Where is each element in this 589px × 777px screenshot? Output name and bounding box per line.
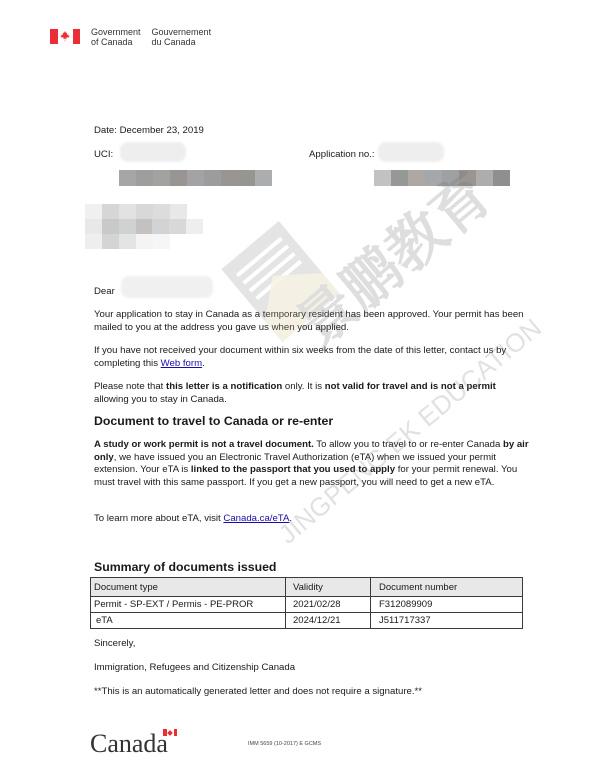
notification-paragraph: Please note that this letter is a notifi… [94,381,529,406]
web-form-paragraph: If you have not received your document w… [94,345,529,370]
uci-redaction [120,142,186,162]
uci-value-redacted [119,170,272,186]
auto-generated-note: **This is an automatically generated let… [94,685,422,698]
closing-signature: Immigration, Refugees and Citizenship Ca… [94,661,295,674]
summary-heading: Summary of documents issued [94,560,276,574]
approval-paragraph: Your application to stay in Canada as a … [94,309,529,334]
wordmark-flag-icon [163,729,177,736]
web-form-link[interactable]: Web form [161,358,202,369]
government-name-fr: Gouvernement du Canada [152,28,212,47]
salutation: Dear [94,285,115,298]
validity-cell: 2024/12/21 [286,613,371,629]
table-row: Permit - SP-EXT / Permis - PE-PROR 2021/… [91,597,523,613]
validity-cell: 2021/02/28 [286,597,371,613]
document-number-cell: F312089909 [371,597,523,613]
application-number-value-redacted [374,170,510,186]
column-header-document-number: Document number [371,578,523,597]
eta-info-paragraph: To learn more about eTA, visit Canada.ca… [94,513,529,526]
application-number-redaction [378,142,444,162]
document-number-cell: J511717337 [371,613,523,629]
travel-paragraph: A study or work permit is not a travel d… [94,439,529,489]
table-header-row: Document type Validity Document number [91,578,523,597]
table-row: eTA 2024/12/21 J511717337 [91,613,523,629]
canada-flag-icon [50,29,80,44]
closing-sincerely: Sincerely, [94,637,135,650]
travel-section-heading: Document to travel to Canada or re-enter [94,414,333,428]
canada-wordmark: Canada [90,729,168,759]
canada-eta-link[interactable]: Canada.ca/eTA [223,513,289,524]
application-number-label: Application no.: [309,148,375,161]
column-header-validity: Validity [286,578,371,597]
uci-label: UCI: [94,148,113,161]
document-type-cell: Permit - SP-EXT / Permis - PE-PROR [91,597,286,613]
letter-date: Date: December 23, 2019 [94,124,204,137]
document-type-cell: eTA [91,613,286,629]
column-header-document-type: Document type [91,578,286,597]
documents-table: Document type Validity Document number P… [90,577,523,629]
recipient-name-redaction [121,276,213,298]
form-code: IMM 5659 (10-2017) E GCMS [248,741,321,747]
government-name-en: Government of Canada [91,28,141,47]
government-signature: Government of Canada Gouvernement du Can… [50,28,211,47]
recipient-address-redacted [85,204,203,249]
